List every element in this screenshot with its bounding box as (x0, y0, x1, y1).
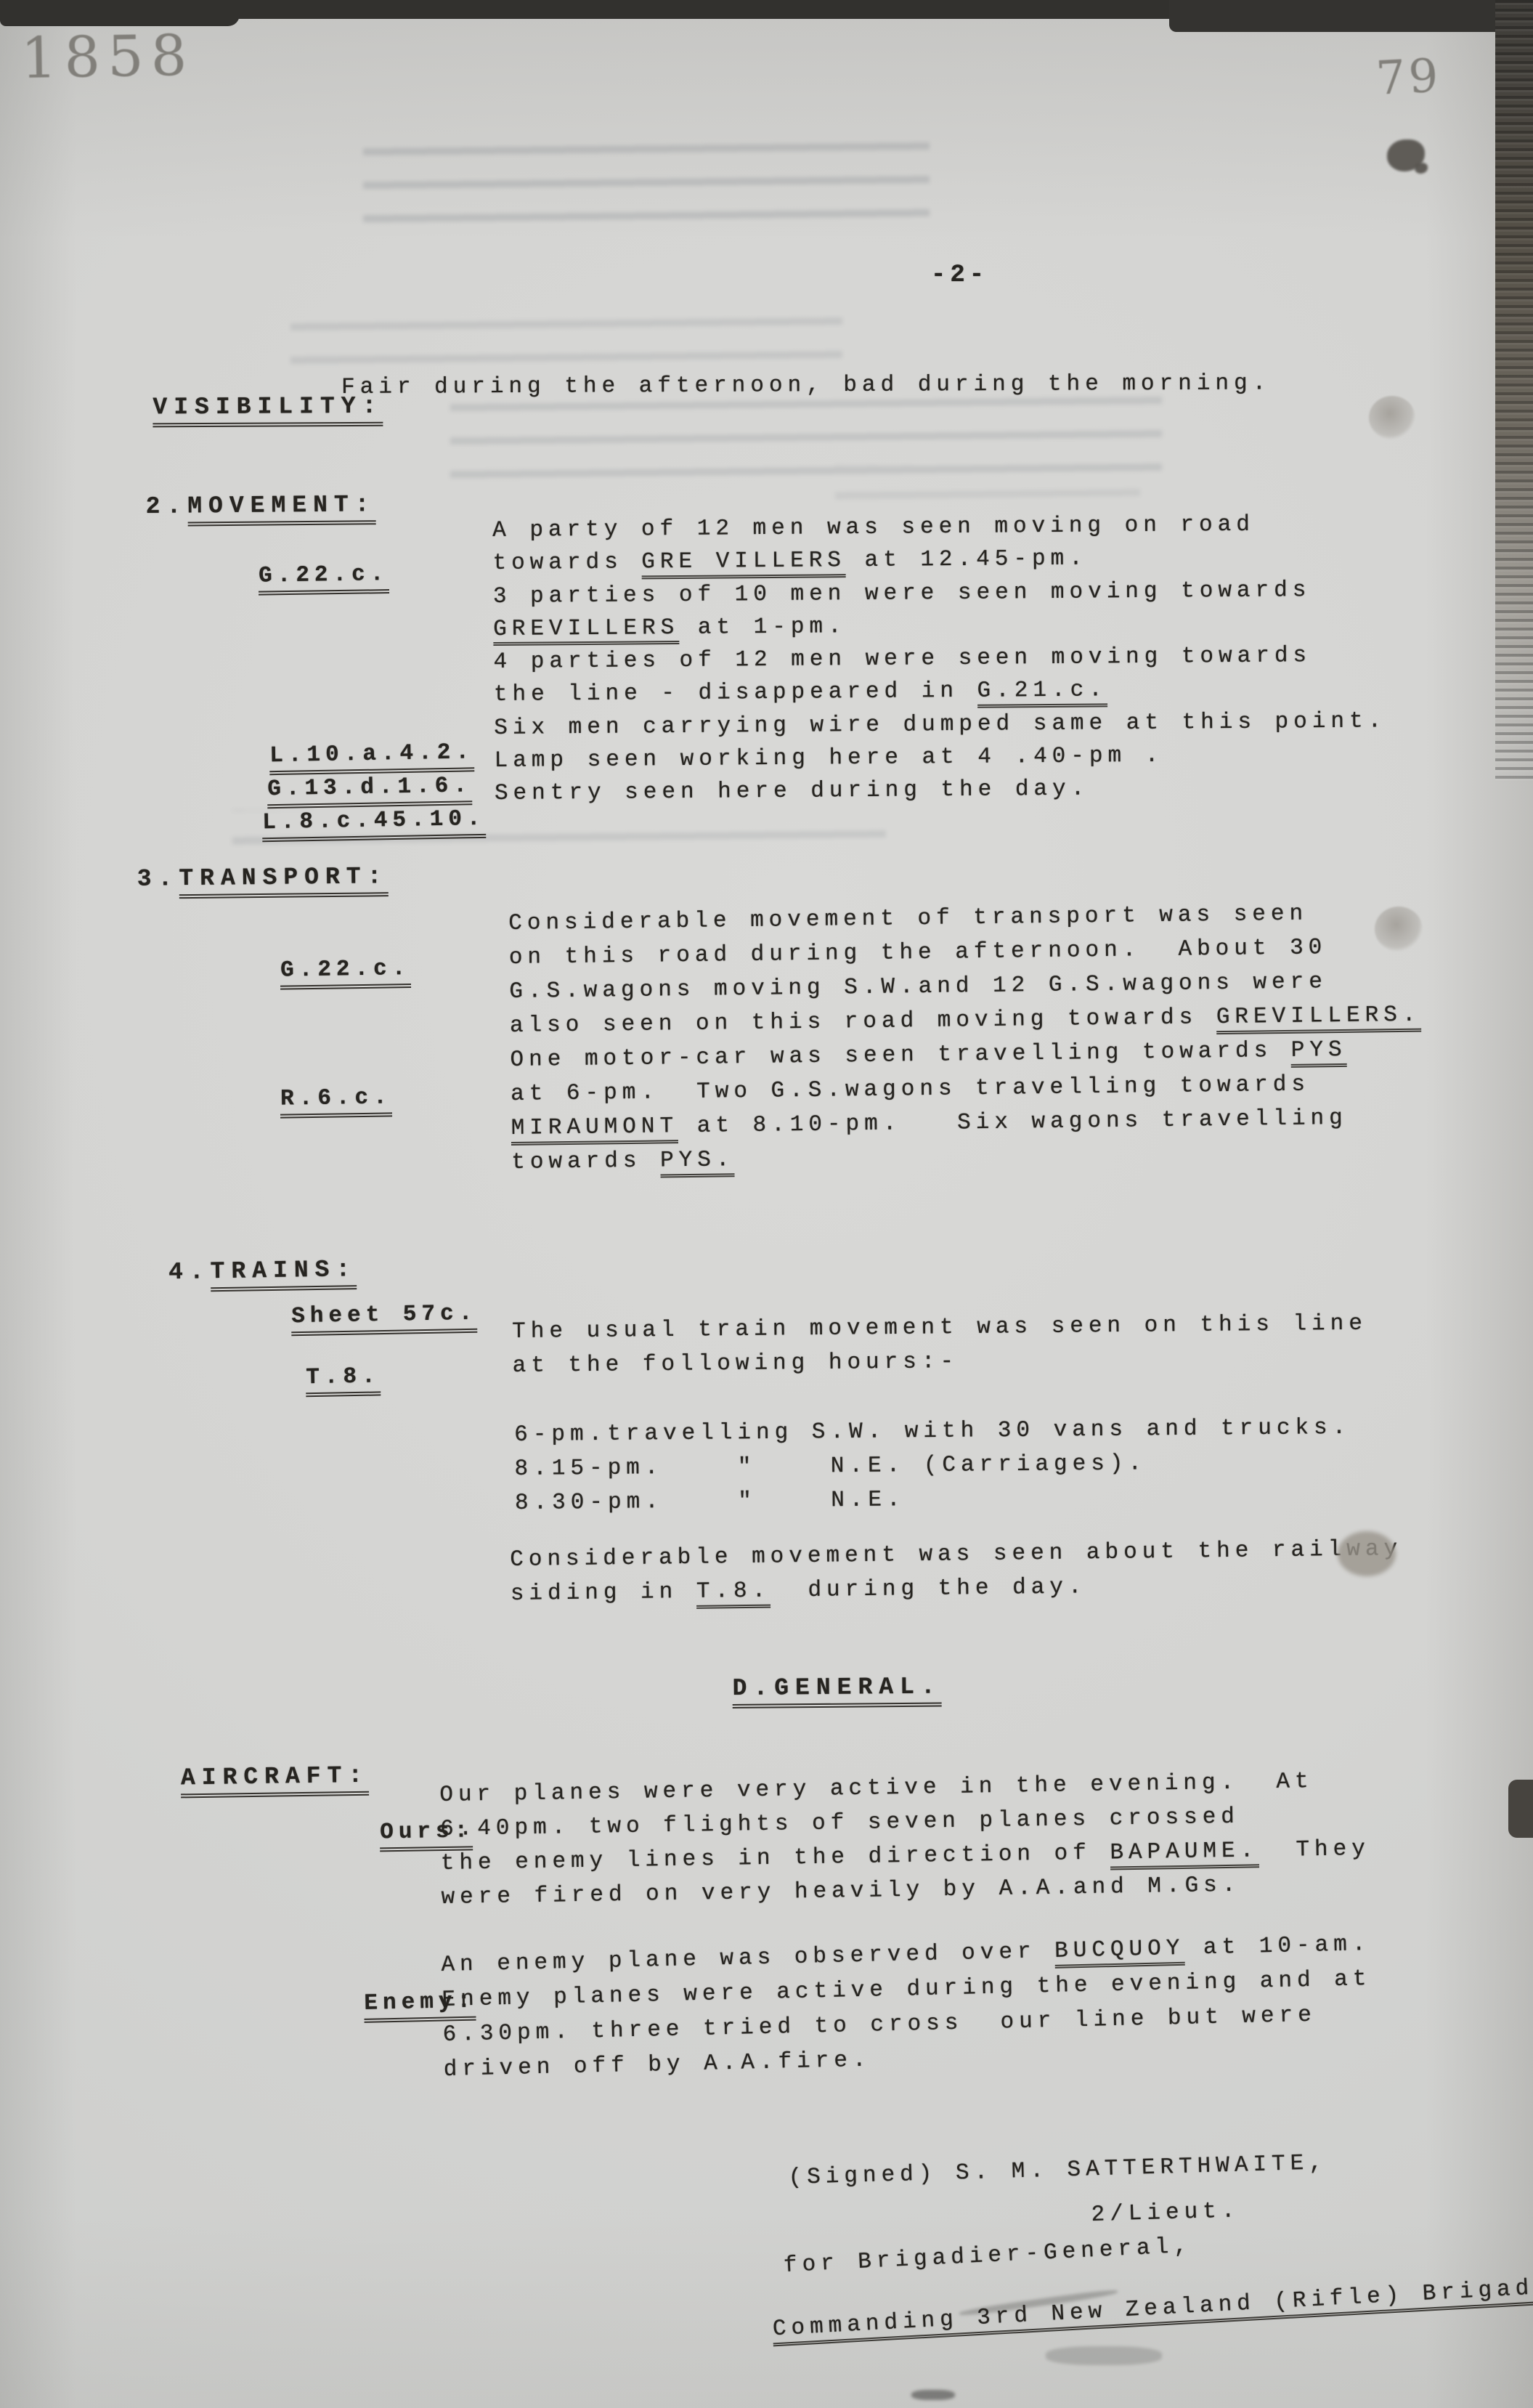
train-schedule: 6-pm.travelling S.W. with 30 vans and tr… (514, 1411, 1351, 1520)
underlined-place-name: PYS (1291, 1039, 1347, 1067)
edge-mark (1508, 1780, 1533, 1838)
text-segment: G.S.wagons moving S.W.and 12 G.S.wagons … (509, 969, 1327, 1005)
text-line: at the following hours:- (512, 1341, 1367, 1383)
text-line: 6-pm.travelling S.W. with 30 vans and tr… (514, 1411, 1351, 1452)
aircraft-heading-text: AIRCRAFT: (181, 1762, 370, 1799)
text-segment: They (1258, 1836, 1370, 1863)
signature-unit-text: Commanding 3rd New Zealand (Rifle) Briga… (772, 2276, 1533, 2346)
text-segment: 4 parties of 12 men were seen moving tow… (493, 643, 1312, 675)
underlined-place-name: GREVILLERS (493, 617, 679, 646)
general-section-text: D.GENERAL. (733, 1673, 942, 1708)
text-segment: at 1-pm. (679, 614, 847, 641)
text-segment: Six men carrying wire dumped same at thi… (494, 708, 1386, 741)
text-segment: 3 parties of 10 men were seen moving tow… (493, 577, 1312, 609)
grid-ref-label: G.22.c. (206, 931, 411, 991)
general-section-heading: D.GENERAL. (648, 1646, 942, 1709)
grid-ref-text: G.22.c. (259, 562, 389, 595)
scan-edge-top-left (0, 0, 240, 26)
grid-ref-text: G.22.c. (280, 956, 411, 989)
bleed-through-text (290, 312, 842, 370)
text-segment: siding in (511, 1579, 696, 1607)
pencil-scribble (911, 2390, 955, 2400)
folio-stamp-left: 1858 (20, 23, 195, 92)
text-line: Sentry seen here during the day. (495, 770, 1387, 810)
movement-number: 2. (146, 492, 188, 520)
text-segment: during the day. (770, 1574, 1087, 1603)
scan-edge-top-right (1169, 0, 1533, 32)
text-segment: towards (511, 1148, 660, 1175)
underlined-place-name: BAPAUME. (1110, 1839, 1258, 1870)
page-number: -2- (931, 262, 988, 289)
trains-paragraph-2: Considerable movement was seen about the… (510, 1532, 1403, 1611)
grid-ref-label: L.8.c.45.10. (187, 781, 486, 843)
transport-heading-text: TRANSPORT: (179, 863, 389, 899)
text-segment: at 8.10-pm. Six wagons travelling (678, 1106, 1348, 1139)
visibility-text: Fair during the afternoon, bad during th… (341, 366, 1271, 405)
scanned-report-page: 1858 79 -2- VISIBILITY: Fair during the … (0, 0, 1533, 2408)
text-segment: The usual train movement was seen on thi… (512, 1311, 1367, 1345)
underlined-place-name: PYS. (660, 1148, 735, 1177)
bleed-through-text (835, 465, 1140, 508)
bleed-through-text (363, 142, 930, 229)
aircraft-ours-lines: Our planes were very active in the eveni… (439, 1764, 1371, 1915)
book-edge-right (1495, 0, 1533, 785)
text-segment: Considerable movement of transport was s… (508, 901, 1308, 936)
underlined-place-name: G.21.c. (977, 678, 1107, 708)
text-segment: towards (492, 549, 641, 576)
pencil-scribble (1046, 2346, 1162, 2365)
text-segment: also seen on this road moving towards (510, 1005, 1216, 1039)
grid-ref-text: R.6.c. (280, 1085, 392, 1118)
signature-rank: 2/Lieut. (1091, 2194, 1240, 2232)
text-segment: at 10-am. (1184, 1931, 1371, 1961)
grid-ref-label: G.22.c. (184, 536, 389, 596)
transport-report-lines: Considerable movement of transport was s… (508, 896, 1423, 1180)
text-segment: Sentry seen here during the day. (495, 776, 1090, 806)
ink-blot-tail (1415, 163, 1428, 174)
signature-signed-line: (Signed) S. M. SATTERTHWAITE, (788, 2146, 1328, 2195)
underlined-place-name: GRE VILLERS (641, 549, 846, 579)
text-segment: on this road during the afternoon. About… (509, 935, 1327, 970)
aircraft-heading: AIRCRAFT: (97, 1735, 370, 1799)
map-sheet-text: Sheet 57c. (291, 1301, 478, 1336)
text-segment: the enemy lines in the direction of (441, 1841, 1110, 1876)
text-segment: at 12.45-pm. (846, 546, 1088, 574)
underlined-place-name: MIRAUMONT (511, 1115, 679, 1145)
text-line: 8.30-pm. " N.E. (515, 1479, 1352, 1520)
underlined-place-name: GREVILLERS. (1216, 1004, 1421, 1034)
visibility-heading: VISIBILITY: (69, 366, 383, 455)
trains-paragraph-1: The usual train movement was seen on thi… (512, 1307, 1368, 1383)
text-segment: One motor-car was seen travelling toward… (510, 1038, 1291, 1073)
movement-heading-text: MOVEMENT: (187, 491, 376, 526)
text-segment: A party of 12 men was seen moving on roa… (492, 512, 1255, 543)
map-sheet-label: Sheet 57c. (216, 1276, 478, 1337)
trains-number: 4. (168, 1258, 211, 1286)
underlined-place-name: BUCQUOY (1054, 1937, 1185, 1969)
text-segment: Considerable movement was seen about the… (510, 1536, 1402, 1573)
paper-smudge (1338, 1531, 1396, 1576)
text-segment: driven off by A.A.fire. (443, 2048, 871, 2083)
movement-report-lines: A party of 12 men was seen moving on roa… (492, 507, 1387, 809)
text-segment: 6-pm.travelling S.W. with 30 vans and tr… (514, 1415, 1351, 1448)
text-segment: 8.30-pm. " N.E. (515, 1487, 906, 1516)
transport-number: 3. (137, 865, 179, 893)
text-segment: were fired on very heavily by A.A.and M.… (441, 1873, 1240, 1910)
grid-ref-label: T.8. (231, 1338, 381, 1398)
grid-ref-text: T.8. (306, 1363, 381, 1397)
aircraft-enemy-lines: An enemy plane was observed over BUCQUOY… (441, 1927, 1373, 2088)
folio-stamp-right: 79 (1375, 49, 1442, 106)
transport-heading: 3.TRANSPORT: (53, 836, 389, 927)
underlined-place-name: T.8. (696, 1580, 771, 1609)
text-line: Six men carrying wire dumped same at thi… (494, 705, 1386, 745)
text-segment: Lamp seen working here at 4 .40-pm . (495, 742, 1164, 773)
text-segment: at the following hours:- (513, 1349, 959, 1379)
text-segment: 8.15-pm. " N.E. (Carriages). (514, 1451, 1147, 1482)
text-segment: the line - disappeared in (494, 678, 977, 708)
text-segment: at 6-pm. Two G.S.wagons travelling towar… (511, 1072, 1310, 1107)
hole-punch-mark (1369, 396, 1415, 439)
grid-ref-label: R.6.c. (206, 1059, 392, 1119)
